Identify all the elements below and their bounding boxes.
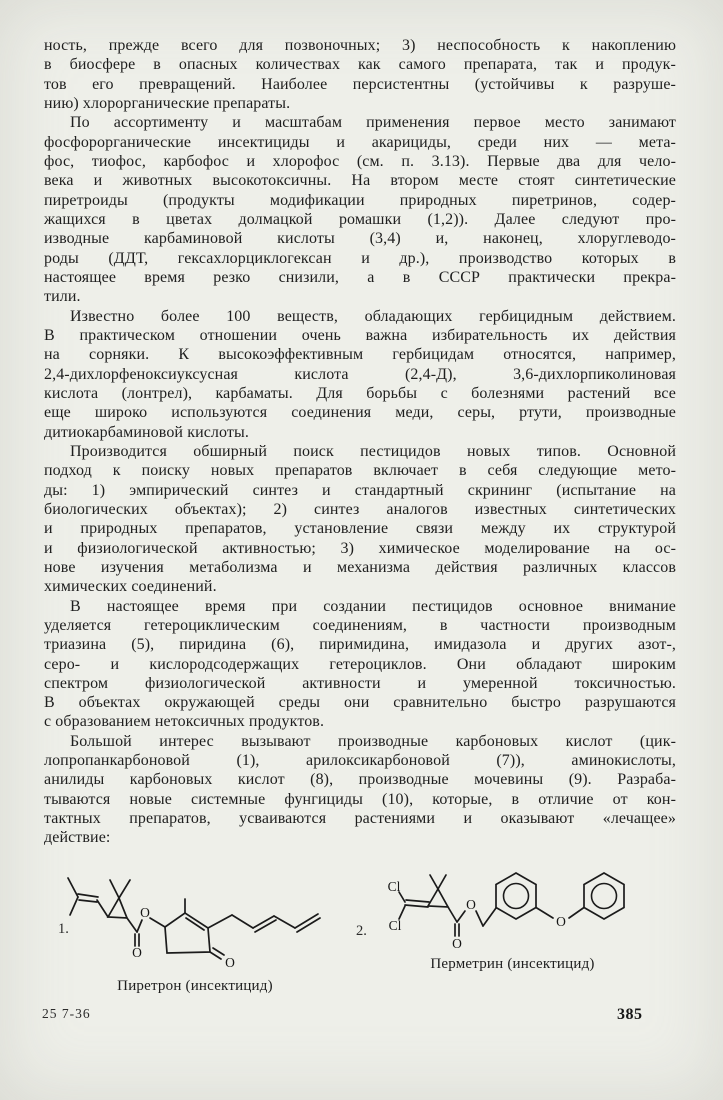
text-line: и физиологической активностью; 3) химиче… [44, 539, 676, 558]
text-line: настоящее время резко снизили, а в СССР … [44, 268, 676, 287]
text-line: пиретроиды (продукты модификации природн… [44, 191, 676, 210]
pyrethrin-structure-drawing: O O O [50, 870, 340, 975]
text-line: действие: [44, 828, 676, 847]
text-line: нове изучения метаболизма и механизма де… [44, 558, 676, 577]
ketone-oxygen-label: O [225, 955, 235, 970]
text-line: и природных препаратов, установление свя… [44, 519, 676, 538]
text-line: Производится обширный поиск пестицидов н… [44, 442, 676, 461]
print-signature: 25 7-36 [42, 1006, 91, 1022]
text-line: химических соединений. [44, 577, 676, 596]
ether-oxygen-label: O [556, 914, 566, 929]
text-line: века и животных высокотоксичны. На второ… [44, 171, 676, 190]
page-number: 385 [617, 1006, 643, 1024]
text-line: тов его превращений. Наиболее персистент… [44, 75, 676, 94]
text-line: уделяется гетероциклическим соединениям,… [44, 616, 676, 635]
text-line: тываются новые системные фунгициды (10),… [44, 790, 676, 809]
text-line: на сорняки. К высокоэффективным гербицид… [44, 345, 676, 364]
permethrin-structure-drawing: Cl Cl O O O [355, 868, 645, 953]
text-line: роды (ДДТ, гексахлорциклогексан и др.), … [44, 249, 676, 268]
text-line: По ассортименту и масштабам применения п… [44, 113, 676, 132]
text-line: В практическом отношении очень важна изб… [44, 326, 676, 345]
figure-1-number: 1. [58, 921, 69, 938]
text-line: тактных препаратов, усваиваются растения… [44, 809, 676, 828]
text-line: анилиды карбоновых кислот (8), производн… [44, 770, 676, 789]
ester-oxygen-label: O [466, 897, 476, 912]
text-line: фос, тиофос, карбофос и хлорофос (см. п.… [44, 152, 676, 171]
text-line: изводные карбаминовой кислоты (3,4) и, н… [44, 229, 676, 248]
text-line: спектром физиологической активности и ум… [44, 674, 676, 693]
text-line: лопропанкарбоновой (1), арилоксикарбонов… [44, 751, 676, 770]
figure-2-caption: Перметрин (инсектицид) [420, 956, 605, 973]
text-line: 2,4-дихлорфеноксиуксусная кислота (2,4-Д… [44, 365, 676, 384]
text-line: жащихся в цветах долмацкой ромашки (1,2)… [44, 210, 676, 229]
text-line: В настоящее время при создании пестицидо… [44, 597, 676, 616]
text-line: дитиокарбаминовой кислоты. [44, 423, 676, 442]
body-text: ность, прежде всего для позвоночных; 3) … [44, 36, 676, 848]
text-line: с образованием нетоксичных продуктов. [44, 712, 676, 731]
text-line: еще широко используются соединения меди,… [44, 403, 676, 422]
text-line: нию) хлорорганические препараты. [44, 94, 676, 113]
chlorine-bottom-label: Cl [389, 918, 402, 933]
text-line: биологических объектах); 2) синтез анало… [44, 500, 676, 519]
ester-oxygen-label: O [140, 905, 150, 920]
figure-1-caption: Пиретрон (инсектицид) [100, 978, 290, 995]
carbonyl-oxygen-label: O [132, 945, 142, 960]
text-line: В объектах окружающей среды они сравните… [44, 693, 676, 712]
text-line: фосфорорганические инсектициды и акарици… [44, 133, 676, 152]
text-line: в биосфере в опасных количествах как сам… [44, 55, 676, 74]
text-line: подход к поиску новых препаратов включае… [44, 461, 676, 480]
carbonyl-oxygen-label: O [452, 936, 462, 951]
figure-2-number: 2. [356, 923, 367, 940]
text-line: Известно более 100 веществ, обладающих г… [44, 307, 676, 326]
text-line: серо- и кислородсодержащих гетероциклов.… [44, 655, 676, 674]
text-line: триазина (5), пиридина (6), пиримидина, … [44, 635, 676, 654]
text-line: Большой интерес вызывают производные кар… [44, 732, 676, 751]
text-line: ность, прежде всего для позвоночных; 3) … [44, 36, 676, 55]
text-line: кислота (лонтрел), карбаматы. Для борьбы… [44, 384, 676, 403]
text-line: тили. [44, 287, 676, 306]
text-line: ды: 1) эмпирический синтез и стандартный… [44, 481, 676, 500]
